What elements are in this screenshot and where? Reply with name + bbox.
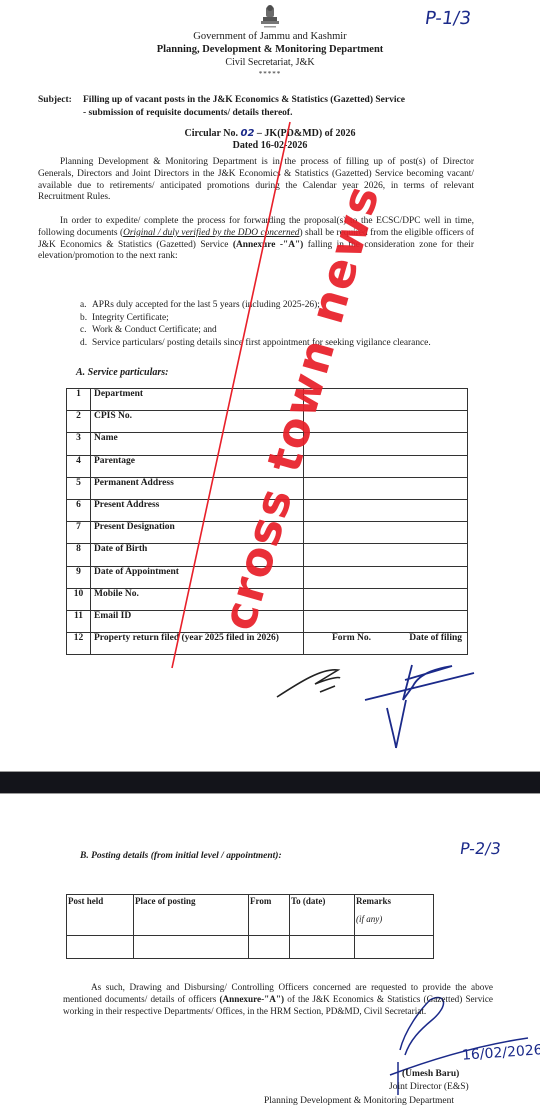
table-header-row: Post held Place of posting From To (date… bbox=[67, 895, 434, 936]
col-place-of-posting: Place of posting bbox=[134, 895, 249, 936]
col-remarks: Remarks(if any) bbox=[355, 895, 434, 936]
watermark-line bbox=[172, 122, 290, 668]
col-to-date: To (date) bbox=[290, 895, 355, 936]
section-b-title: B. Posting details (from initial level /… bbox=[80, 851, 282, 861]
remarks-note: (if any) bbox=[356, 914, 432, 924]
cell-remarks[interactable] bbox=[355, 936, 434, 959]
col-from: From bbox=[249, 895, 290, 936]
remarks-label: Remarks bbox=[356, 896, 391, 906]
cell-to-date[interactable] bbox=[290, 936, 355, 959]
initials-signature bbox=[277, 670, 340, 697]
cell-from[interactable] bbox=[249, 936, 290, 959]
page-mark-2: P-2/3 bbox=[459, 839, 502, 858]
signatory-name: (Umesh Baru) bbox=[402, 1069, 459, 1079]
cell-place-of-posting[interactable] bbox=[134, 936, 249, 959]
posting-details-table: Post held Place of posting From To (date… bbox=[66, 894, 434, 959]
page-separator bbox=[0, 771, 540, 794]
table-row bbox=[67, 936, 434, 959]
officer-signature bbox=[365, 665, 474, 748]
signatory-designation: Joint Director (E&S) bbox=[389, 1082, 469, 1092]
cell-post-held[interactable] bbox=[67, 936, 134, 959]
signatory-department: Planning Development & Monitoring Depart… bbox=[264, 1096, 454, 1106]
closing-annexure: (Annexure-"A") bbox=[219, 994, 284, 1004]
closing-paragraph: As such, Drawing and Disbursing/ Control… bbox=[63, 981, 493, 1018]
col-post-held: Post held bbox=[67, 895, 134, 936]
